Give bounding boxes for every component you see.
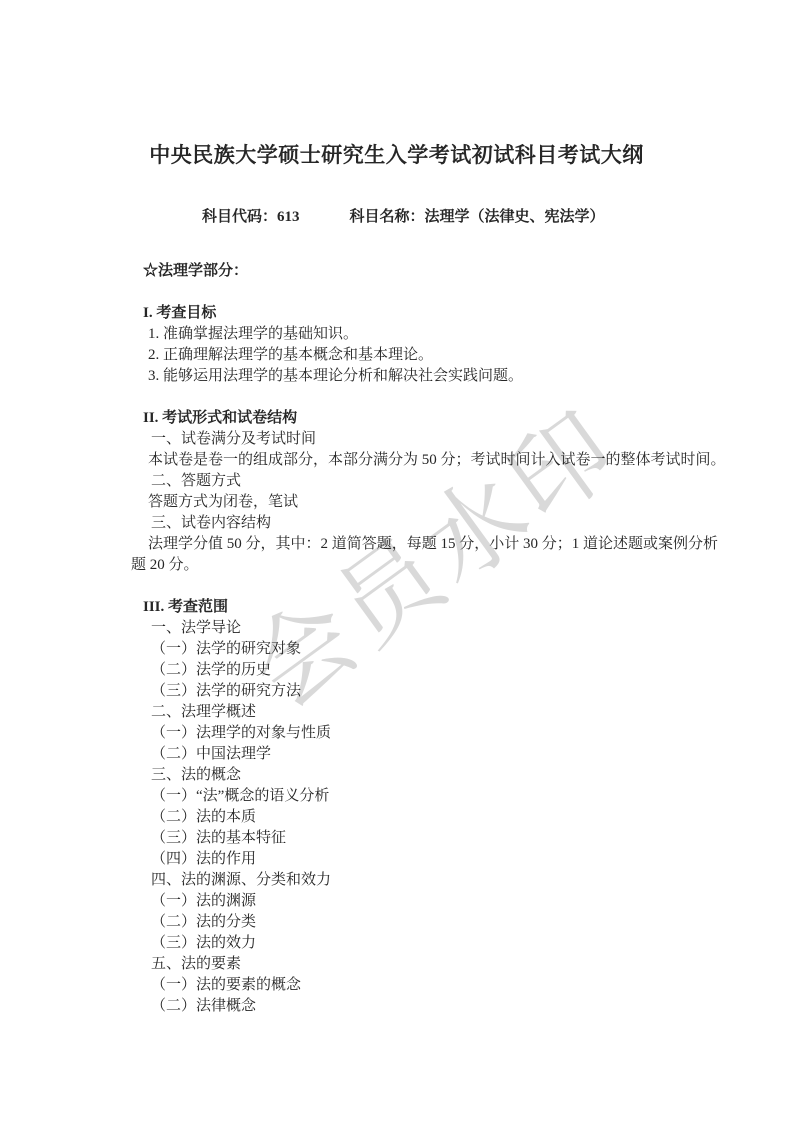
body-line: （一）法的渊源 [131,891,723,912]
body-line: 一、试卷满分及考试时间 [131,429,723,450]
body-line: （一）法理学的对象与性质 [131,723,723,744]
document-body: ☆法理学部分：I. 考查目标1. 准确掌握法理学的基础知识。2. 正确理解法理学… [131,261,723,1017]
body-line: （二）法的本质 [131,807,723,828]
section-heading: I. 考查目标 [131,303,723,324]
document-title: 中央民族大学硕士研究生入学考试初试科目考试大纲 [0,139,793,169]
body-line: 法理学分值 50 分，其中：2 道简答题，每题 15 分，小计 30 分；1 道… [131,534,723,555]
section-heading: III. 考查范围 [131,597,723,618]
body-line: 1. 准确掌握法理学的基础知识。 [131,324,723,345]
body-line: （一）法的要素的概念 [131,975,723,996]
document-page: 会员水印 中央民族大学硕士研究生入学考试初试科目考试大纲 科目代码：613 科目… [0,0,793,1122]
body-line: 五、法的要素 [131,954,723,975]
section-heading: ☆法理学部分： [131,261,723,282]
body-line: （二）法学的历史 [131,660,723,681]
body-line: （三）法学的研究方法 [131,681,723,702]
body-line: 三、法的概念 [131,765,723,786]
body-line: 题 20 分。 [131,555,723,576]
body-line: （四）法的作用 [131,849,723,870]
body-line: （三）法的基本特征 [131,828,723,849]
subject-info-line: 科目代码：613 科目名称：法理学（法律史、宪法学） [202,205,605,226]
body-line: （二）法的分类 [131,912,723,933]
body-line: 四、法的渊源、分类和效力 [131,870,723,891]
body-line: 本试卷是卷一的组成部分，本部分满分为 50 分；考试时间计入试卷一的整体考试时间… [131,450,723,471]
body-line: 三、试卷内容结构 [131,513,723,534]
body-line: 二、答题方式 [131,471,723,492]
body-line: 答题方式为闭卷，笔试 [131,492,723,513]
section-heading: II. 考试形式和试卷结构 [131,408,723,429]
body-line: （一）法学的研究对象 [131,639,723,660]
body-line: 2. 正确理解法理学的基本概念和基本理论。 [131,345,723,366]
subject-name: 科目名称：法理学（法律史、宪法学） [350,205,605,226]
body-line: （三）法的效力 [131,933,723,954]
body-line: （一）“法”概念的语义分析 [131,786,723,807]
subject-code: 科目代码：613 [202,205,300,226]
body-line: （二）法律概念 [131,996,723,1017]
body-line: 一、法学导论 [131,618,723,639]
body-line: 二、法理学概述 [131,702,723,723]
body-line: 3. 能够运用法理学的基本理论分析和解决社会实践问题。 [131,366,723,387]
body-line: （二）中国法理学 [131,744,723,765]
